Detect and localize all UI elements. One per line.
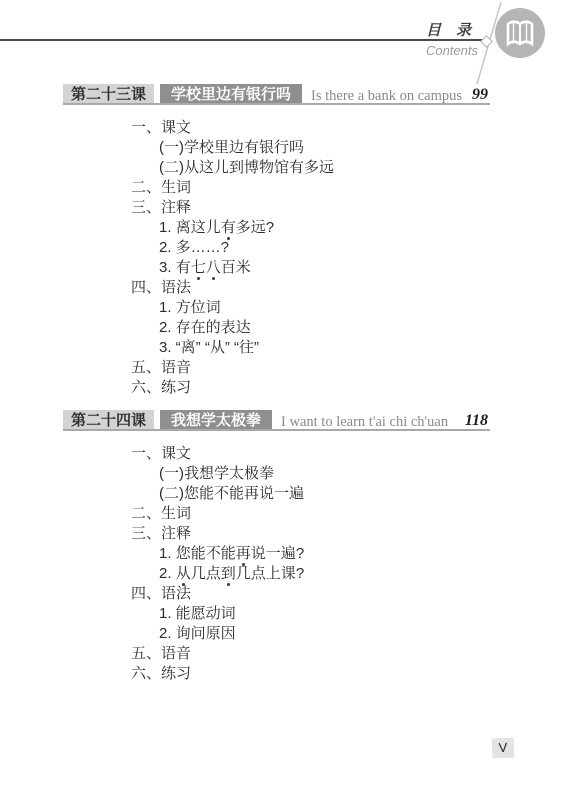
- lesson-block-24: 第二十四课 我想学太极拳 I want to learn t'ai chi ch…: [63, 410, 490, 684]
- toc-item: 五、语音: [131, 358, 490, 378]
- toc-item: 三、注释: [131, 524, 490, 544]
- toc-item: 1. 能愿动词: [159, 604, 490, 624]
- lesson-page-number: 99: [472, 84, 490, 103]
- toc-item: 四、语法: [131, 584, 490, 604]
- toc-item: 3. 有七八百米: [159, 258, 490, 278]
- toc-item: 二、生词: [131, 178, 490, 198]
- lesson-block-23: 第二十三课 学校里边有银行吗 Is there a bank on campus…: [63, 84, 490, 398]
- lesson-title-chinese: 我想学太极拳: [160, 410, 272, 429]
- toc-item: 二、生词: [131, 504, 490, 524]
- toc-item: (二)您能不能再说一遍: [159, 484, 490, 504]
- lesson-page-number: 118: [465, 410, 490, 429]
- publisher-book-logo: [494, 7, 546, 59]
- toc-item: 六、练习: [131, 664, 490, 684]
- lesson-title-english: I want to learn t'ai chi ch'uan: [281, 410, 448, 429]
- toc-item: 一、课文: [131, 118, 490, 138]
- toc-item: 四、语法: [131, 278, 490, 298]
- lesson-items-list: 一、课文(一)学校里边有银行吗(二)从这儿到博物馆有多远二、生词三、注释1. 离…: [63, 118, 490, 398]
- lesson-number-badge: 第二十三课: [63, 84, 154, 103]
- toc-item: 三、注释: [131, 198, 490, 218]
- toc-item: 五、语音: [131, 644, 490, 664]
- toc-item: 1. 方位词: [159, 298, 490, 318]
- toc-item: (一)学校里边有银行吗: [159, 138, 490, 158]
- header-rule: [0, 39, 486, 41]
- divider-diagonal: [0, 0, 572, 92]
- lesson-title-english: Is there a bank on campus: [311, 84, 462, 103]
- toc-title-english: Contents: [426, 43, 478, 58]
- toc-item: 一、课文: [131, 444, 490, 464]
- lesson-header: 第二十四课 我想学太极拳 I want to learn t'ai chi ch…: [63, 410, 490, 431]
- toc-item: 2. 从几点到几点上课?: [159, 564, 490, 584]
- toc-item: (一)我想学太极拳: [159, 464, 490, 484]
- toc-item: 3. “离” “从” “往”: [159, 338, 490, 358]
- toc-item: 1. 离这儿有多远?: [159, 218, 490, 238]
- lesson-title-chinese: 学校里边有银行吗: [160, 84, 302, 103]
- lesson-number-badge: 第二十四课: [63, 410, 154, 429]
- toc-item: 2. 存在的表达: [159, 318, 490, 338]
- lesson-items-list: 一、课文(一)我想学太极拳(二)您能不能再说一遍二、生词三、注释1. 您能不能再…: [63, 444, 490, 684]
- folio-page-number: V: [492, 738, 515, 759]
- lesson-header: 第二十三课 学校里边有银行吗 Is there a bank on campus…: [63, 84, 490, 105]
- toc-title-chinese: 目 录: [426, 19, 471, 40]
- toc-item: 1. 您能不能再说一遍?: [159, 544, 490, 564]
- toc-item: (二)从这儿到博物馆有多远: [159, 158, 490, 178]
- toc-item: 2. 询问原因: [159, 624, 490, 644]
- toc-item: 六、练习: [131, 378, 490, 398]
- toc-item: 2. 多……?: [159, 238, 490, 258]
